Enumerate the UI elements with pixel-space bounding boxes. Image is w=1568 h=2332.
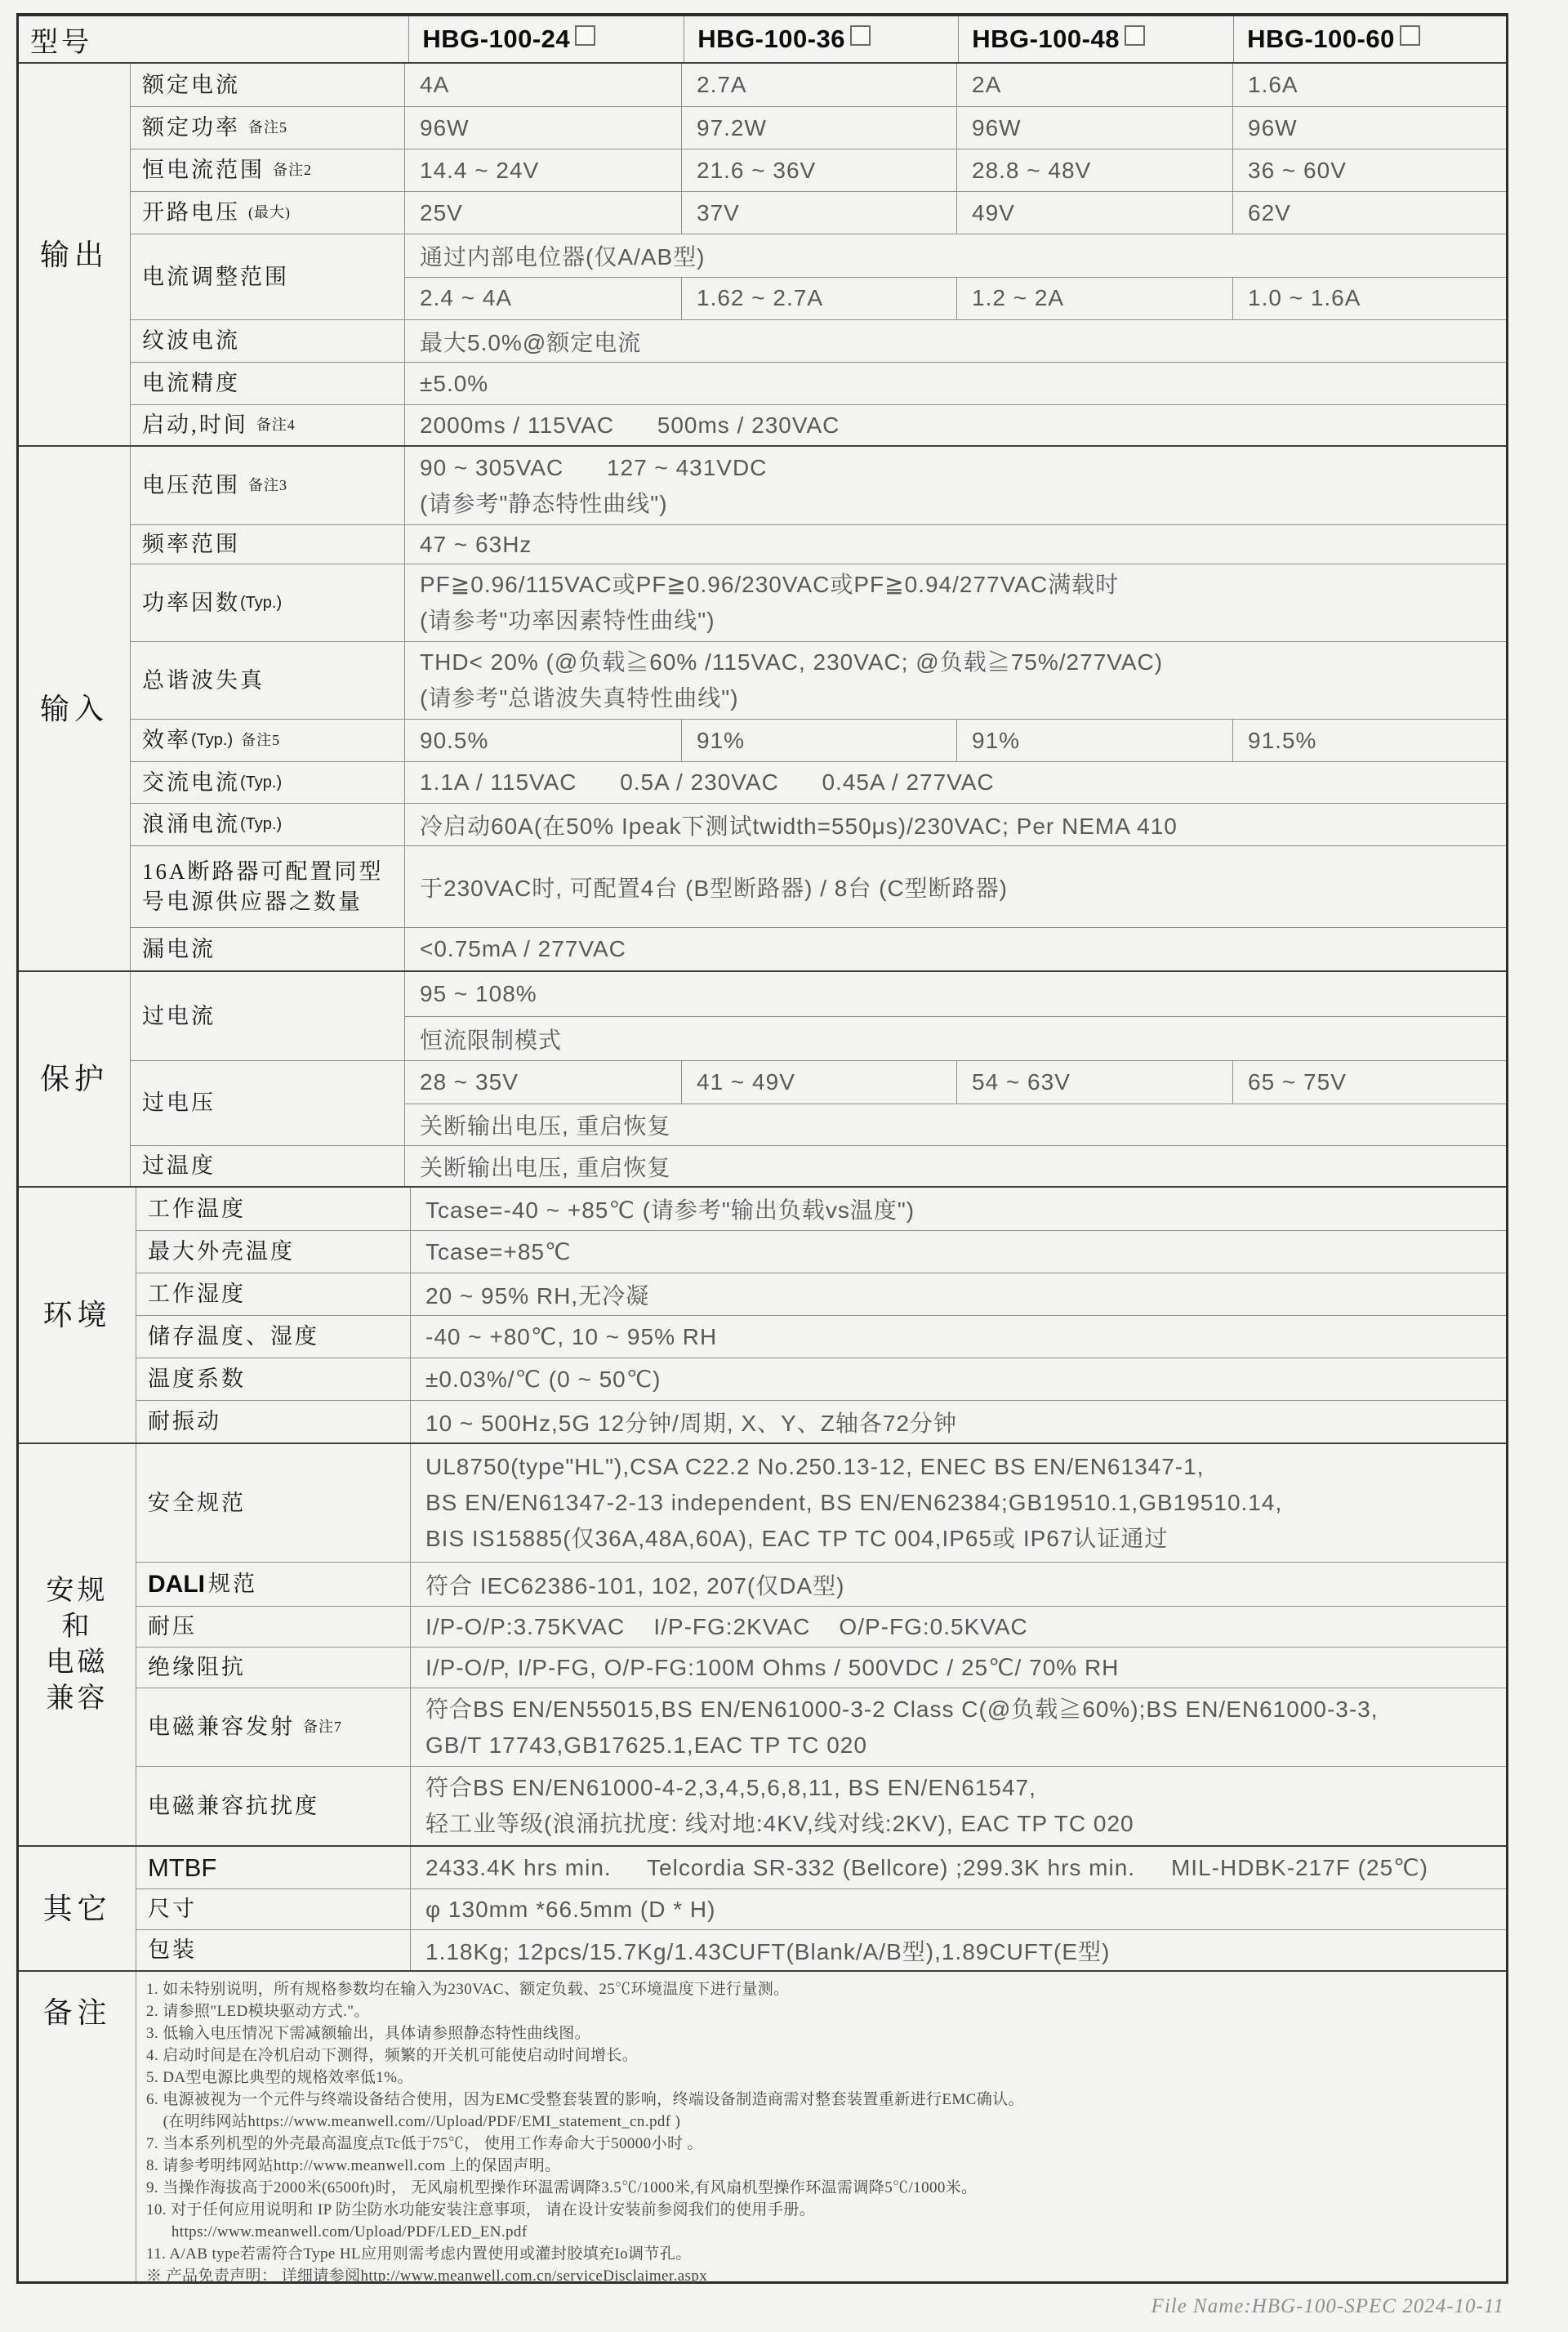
row-label: 恒电流范围备注2	[130, 149, 404, 191]
row-dali-standard: DALI规范 符合 IEC62386-101, 102, 207(仅DA型)	[136, 1562, 1506, 1606]
row-open-circuit-voltage: 开路电压(最大) 25V 37V 49V 62V	[130, 191, 1506, 234]
cell-value: 关断输出电压, 重启恢复	[405, 1146, 1506, 1186]
row-label: DALI规范	[136, 1563, 410, 1606]
cell-value: ±5.0%	[405, 363, 1506, 404]
note-ref: 备注5	[241, 725, 280, 756]
row-label: 安全规范	[136, 1444, 410, 1562]
cell-value: 91%	[681, 720, 956, 761]
cell-value: UL8750(type"HL"),CSA C22.2 No.250.13-12,…	[411, 1444, 1506, 1562]
cell-value: 90 ~ 305VAC 127 ~ 431VDC (请参考"静态特性曲线")	[405, 447, 1506, 524]
note-line: 5. DA型电源比典型的规格效率低1%。	[146, 2067, 1501, 2089]
row-label: 温度系数	[136, 1358, 410, 1400]
note-line: 3. 低输入电压情况下需减额输出，具体请参照静态特性曲线图。	[146, 2022, 1501, 2044]
section-output: 输出 额定电流 4A 2.7A 2A 1.6A 额定功率备注5 96W 97.2…	[19, 62, 1506, 445]
cell-value: I/P-O/P, I/P-FG, O/P-FG:100M Ohms / 500V…	[411, 1648, 1506, 1688]
row-rated-power: 额定功率备注5 96W 97.2W 96W 96W	[130, 106, 1506, 149]
row-power-factor: 功率因数(Typ.) PF≧0.96/115VAC或PF≧0.96/230VAC…	[130, 564, 1506, 641]
row-label: 电流精度	[130, 363, 404, 404]
note-line: (在明纬网站https://www.meanwell.com//Upload/P…	[146, 2111, 1501, 2133]
row-label: 频率范围	[130, 525, 404, 564]
row-label: 漏电流	[130, 928, 404, 970]
cell-value: I/P-O/P:3.75KVAC I/P-FG:2KVAC O/P-FG:0.5…	[411, 1607, 1506, 1647]
note-ref: (最大)	[248, 198, 291, 228]
row-label: 额定电流	[130, 64, 404, 106]
sub-row-values: 2.4 ~ 4A 1.62 ~ 2.7A 1.2 ~ 2A 1.0 ~ 1.6A	[405, 277, 1506, 320]
cell-value: 1.1A / 115VAC 0.5A / 230VAC 0.45A / 277V…	[405, 762, 1506, 803]
row-label: 浪涌电流(Typ.)	[130, 804, 404, 845]
row-constant-current-range: 恒电流范围备注2 14.4 ~ 24V 21.6 ~ 36V 28.8 ~ 48…	[130, 149, 1506, 191]
sub-row-merged: 恒流限制模式	[405, 1016, 1506, 1060]
model-type-checkbox-icon	[1125, 25, 1145, 46]
sub-row-merged: 关断输出电压, 重启恢复	[405, 1104, 1506, 1146]
cell-value: 1.0 ~ 1.6A	[1232, 278, 1506, 320]
row-label: 包装	[136, 1930, 410, 1970]
cell-value: 28 ~ 35V	[405, 1061, 681, 1104]
row-label: 过电流	[130, 972, 404, 1060]
row-rated-current: 额定电流 4A 2.7A 2A 1.6A	[130, 64, 1506, 106]
cell-value: 96W	[1232, 107, 1506, 149]
cell-value: 28.8 ~ 48V	[956, 149, 1232, 191]
row-breaker-quantity: 16A断路器可配置同型号电源供应器之数量 于230VAC时, 可配置4台 (B型…	[130, 845, 1506, 927]
note-line: 7. 当本系列机型的外壳最高温度点Tc低于75℃， 使用工作寿命大于50000小…	[146, 2133, 1501, 2155]
section-label-environment: 环境	[19, 1188, 136, 1442]
note-ref: 备注3	[248, 470, 287, 501]
section-notes: 备注 1. 如未特别说明，所有规格参数均在输入为230VAC、额定负载、25℃环…	[19, 1970, 1506, 2281]
row-safety-standards: 安全规范 UL8750(type"HL"),CSA C22.2 No.250.1…	[136, 1444, 1506, 1562]
cell-value: 37V	[681, 192, 956, 234]
row-label: 开路电压(最大)	[130, 192, 404, 234]
note-line: 10. 对于任何应用说明和 IP 防尘防水功能安装注意事项， 请在设计安装前参阅…	[146, 2199, 1501, 2221]
note-line: 9. 当操作海拔高于2000米(6500ft)时， 无风扇机型操作环温需调降3.…	[146, 2177, 1501, 2199]
row-voltage-range: 电压范围备注3 90 ~ 305VAC 127 ~ 431VDC (请参考"静态…	[130, 447, 1506, 524]
cell-value: 96W	[405, 107, 681, 149]
cell-value: 47 ~ 63Hz	[405, 525, 1506, 564]
row-vibration: 耐振动 10 ~ 500Hz,5G 12分钟/周期, X、Y、Z轴各72分钟	[136, 1400, 1506, 1442]
note-ref: 备注5	[248, 113, 287, 143]
cell-value: 49V	[956, 192, 1232, 234]
row-label: 额定功率备注5	[130, 107, 404, 149]
row-thd: 总谐波失真 THD< 20% (@负载≧60% /115VAC, 230VAC;…	[130, 641, 1506, 719]
note-line: 8. 请参考明纬网站http://www.meanwell.com 上的保固声明…	[146, 2155, 1501, 2177]
row-leakage-current: 漏电流 <0.75mA / 277VAC	[130, 927, 1506, 970]
sub-row-values: 28 ~ 35V 41 ~ 49V 54 ~ 63V 65 ~ 75V	[405, 1061, 1506, 1104]
cell-value: 14.4 ~ 24V	[405, 149, 681, 191]
model-name-text: HBG-100-60	[1247, 25, 1395, 54]
section-input: 输入 电压范围备注3 90 ~ 305VAC 127 ~ 431VDC (请参考…	[19, 445, 1506, 970]
cell-value: 62V	[1232, 192, 1506, 234]
row-packing: 包装 1.18Kg; 12pcs/15.7Kg/1.43CUFT(Blank/A…	[136, 1929, 1506, 1970]
note-line: 2. 请参照"LED模块驱动方式."。	[146, 2000, 1501, 2022]
row-label: 效率(Typ.)备注5	[130, 720, 404, 761]
model-header-label: 型号	[19, 16, 408, 62]
cell-value: 90.5%	[405, 720, 681, 761]
row-label: 最大外壳温度	[136, 1231, 410, 1273]
row-label: 总谐波失真	[130, 642, 404, 719]
row-label: MTBF	[136, 1847, 410, 1888]
row-temp-coefficient: 温度系数 ±0.03%/℃ (0 ~ 50℃)	[136, 1358, 1506, 1400]
cell-value: 冷启动60A(在50% Ipeak下测试twidth=550μs)/230VAC…	[405, 804, 1506, 845]
cell-value: 1.62 ~ 2.7A	[681, 278, 956, 320]
notes-list: 1. 如未特别说明，所有规格参数均在输入为230VAC、额定负载、25℃环境温度…	[136, 1972, 1506, 2281]
row-label: 耐振动	[136, 1401, 410, 1442]
row-label: 绝缘阻抗	[136, 1648, 410, 1688]
cell-value: 1.2 ~ 2A	[956, 278, 1232, 320]
row-current-accuracy: 电流精度 ±5.0%	[130, 362, 1506, 404]
section-environment: 环境 工作温度 Tcase=-40 ~ +85℃ (请参考"输出负载vs温度")…	[19, 1186, 1506, 1442]
row-label: 纹波电流	[130, 320, 404, 362]
spec-sheet-page: 型号 HBG-100-24 HBG-100-36 HBG-100-48 HBG-…	[0, 0, 1568, 2332]
row-over-current: 过电流 95 ~ 108% 恒流限制模式	[130, 972, 1506, 1060]
cell-value: 2A	[956, 64, 1232, 106]
row-label: 工作湿度	[136, 1273, 410, 1315]
cell-value: 41 ~ 49V	[681, 1061, 956, 1104]
cell-value: 2.7A	[681, 64, 956, 106]
cell-value: PF≧0.96/115VAC或PF≧0.96/230VAC或PF≧0.94/27…	[405, 564, 1506, 641]
section-label-others: 其它	[19, 1847, 136, 1970]
cell-value: 最大5.0%@额定电流	[405, 320, 1506, 362]
cell-value: 10 ~ 500Hz,5G 12分钟/周期, X、Y、Z轴各72分钟	[411, 1401, 1506, 1442]
row-frequency-range: 频率范围 47 ~ 63Hz	[130, 524, 1506, 564]
row-label: 电磁兼容发射备注7	[136, 1688, 410, 1766]
section-label-notes: 备注	[19, 1972, 136, 2281]
cell-value: 20 ~ 95% RH,无冷凝	[411, 1273, 1506, 1315]
row-over-voltage: 过电压 28 ~ 35V 41 ~ 49V 54 ~ 63V 65 ~ 75V …	[130, 1060, 1506, 1145]
cell-value: <0.75mA / 277VAC	[405, 928, 1506, 970]
note-ref: 备注2	[273, 155, 312, 185]
cell-value: 54 ~ 63V	[956, 1061, 1232, 1104]
cell-value: 36 ~ 60V	[1232, 149, 1506, 191]
row-isolation-resistance: 绝缘阻抗 I/P-O/P, I/P-FG, O/P-FG:100M Ohms /…	[136, 1647, 1506, 1688]
cell-value: 2.4 ~ 4A	[405, 278, 681, 320]
cell-value: 65 ~ 75V	[1232, 1061, 1506, 1104]
section-label-protection: 保护	[19, 972, 130, 1186]
section-label-safety-emc: 安规 和 电磁 兼容	[19, 1444, 136, 1845]
row-current-adjustment-range: 电流调整范围 通过内部电位器(仅A/AB型) 2.4 ~ 4A 1.62 ~ 2…	[130, 234, 1506, 319]
section-label-input: 输入	[19, 447, 130, 970]
row-label: 16A断路器可配置同型号电源供应器之数量	[130, 846, 404, 927]
section-label-output: 输出	[19, 64, 130, 445]
row-withstand-voltage: 耐压 I/P-O/P:3.75KVAC I/P-FG:2KVAC O/P-FG:…	[136, 1606, 1506, 1647]
cell-value: 2433.4K hrs min. Telcordia SR-332 (Bellc…	[411, 1847, 1506, 1888]
note-line: 11. A/AB type若需符合Type HL应用则需考虑内置使用或灌封胶填充…	[146, 2243, 1501, 2265]
model-name-hbg-100-48: HBG-100-48	[958, 16, 1233, 62]
cell-value: 符合BS EN/EN55015,BS EN/EN61000-3-2 Class …	[411, 1688, 1506, 1766]
row-label: 尺寸	[136, 1889, 410, 1929]
row-setup-time: 启动,时间备注4 2000ms / 115VAC 500ms / 230VAC	[130, 404, 1506, 445]
cell-value: Tcase=-40 ~ +85℃ (请参考"输出负载vs温度")	[411, 1188, 1506, 1230]
row-efficiency: 效率(Typ.)备注5 90.5% 91% 91% 91.5%	[130, 719, 1506, 761]
cell-value: THD< 20% (@负载≧60% /115VAC, 230VAC; @负载≧7…	[405, 642, 1506, 719]
model-type-checkbox-icon	[575, 25, 595, 46]
row-ripple-current: 纹波电流 最大5.0%@额定电流	[130, 319, 1506, 362]
cell-value: Tcase=+85℃	[411, 1231, 1506, 1273]
model-name-text: HBG-100-48	[972, 25, 1120, 54]
cell-value: 91%	[956, 720, 1232, 761]
cell-value: 91.5%	[1232, 720, 1506, 761]
section-protection: 保护 过电流 95 ~ 108% 恒流限制模式 过电压	[19, 970, 1506, 1186]
row-working-humidity: 工作湿度 20 ~ 95% RH,无冷凝	[136, 1273, 1506, 1315]
sub-row-merged: 通过内部电位器(仅A/AB型)	[405, 234, 1506, 277]
note-ref: 备注4	[256, 410, 296, 440]
model-name-text: HBG-100-24	[422, 25, 570, 54]
note-ref: 备注7	[303, 1712, 342, 1742]
row-ac-current: 交流电流(Typ.) 1.1A / 115VAC 0.5A / 230VAC 0…	[130, 761, 1506, 803]
row-over-temperature: 过温度 关断输出电压, 重启恢复	[130, 1145, 1506, 1186]
row-label: 电压范围备注3	[130, 447, 404, 524]
section-others: 其它 MTBF 2433.4K hrs min. Telcordia SR-33…	[19, 1845, 1506, 1970]
cell-value: 25V	[405, 192, 681, 234]
row-label: 过电压	[130, 1061, 404, 1145]
row-label: 电流调整范围	[130, 234, 404, 319]
cell-value: 4A	[405, 64, 681, 106]
cell-value: -40 ~ +80℃, 10 ~ 95% RH	[411, 1316, 1506, 1358]
model-type-checkbox-icon	[850, 25, 871, 46]
row-emc-immunity: 电磁兼容抗扰度 符合BS EN/EN61000-4-2,3,4,5,6,8,11…	[136, 1766, 1506, 1845]
row-label: 工作温度	[136, 1188, 410, 1230]
row-label: 电磁兼容抗扰度	[136, 1767, 410, 1845]
note-line: 4. 启动时间是在冷机启动下测得，频繁的开关机可能使启动时间增长。	[146, 2044, 1501, 2067]
cell-value: 96W	[956, 107, 1232, 149]
row-storage-temp-humidity: 储存温度、湿度 -40 ~ +80℃, 10 ~ 95% RH	[136, 1315, 1506, 1358]
row-label: 功率因数(Typ.)	[130, 564, 404, 641]
sub-row-merged: 95 ~ 108%	[405, 972, 1506, 1016]
row-label: 启动,时间备注4	[130, 405, 404, 445]
cell-value: 于230VAC时, 可配置4台 (B型断路器) / 8台 (C型断路器)	[405, 846, 1506, 927]
note-line: https://www.meanwell.com/Upload/PDF/LED_…	[146, 2221, 1501, 2243]
footer-file-name: File Name:HBG-100-SPEC 2024-10-11	[1151, 2295, 1504, 2318]
cell-value: 2000ms / 115VAC 500ms / 230VAC	[405, 405, 1506, 445]
model-header-row: 型号 HBG-100-24 HBG-100-36 HBG-100-48 HBG-…	[19, 16, 1506, 62]
row-label: 储存温度、湿度	[136, 1316, 410, 1358]
cell-value: 符合BS EN/EN61000-4-2,3,4,5,6,8,11, BS EN/…	[411, 1767, 1506, 1845]
note-line: 1. 如未特别说明，所有规格参数均在输入为230VAC、额定负载、25℃环境温度…	[146, 1978, 1501, 2000]
row-inrush-current: 浪涌电流(Typ.) 冷启动60A(在50% Ipeak下测试twidth=55…	[130, 803, 1506, 845]
model-name-hbg-100-36: HBG-100-36	[684, 16, 958, 62]
cell-value: 1.18Kg; 12pcs/15.7Kg/1.43CUFT(Blank/A/B型…	[411, 1930, 1506, 1970]
cell-value: ±0.03%/℃ (0 ~ 50℃)	[411, 1358, 1506, 1400]
model-type-checkbox-icon	[1400, 25, 1420, 46]
note-line: ※ 产品免责声明： 详细请参阅http://www.meanwell.com.c…	[146, 2265, 1501, 2287]
cell-value: φ 130mm *66.5mm (D * H)	[411, 1889, 1506, 1929]
cell-value: 符合 IEC62386-101, 102, 207(仅DA型)	[411, 1563, 1506, 1606]
model-name-hbg-100-60: HBG-100-60	[1233, 16, 1506, 62]
row-max-case-temperature: 最大外壳温度 Tcase=+85℃	[136, 1230, 1506, 1273]
row-label: 耐压	[136, 1607, 410, 1647]
cell-value: 97.2W	[681, 107, 956, 149]
row-label: 交流电流(Typ.)	[130, 762, 404, 803]
cell-value: 21.6 ~ 36V	[681, 149, 956, 191]
row-label: 过温度	[130, 1146, 404, 1186]
note-line: 6. 电源被视为一个元件与终端设备结合使用，因为EMC受整套装置的影响，终端设备…	[146, 2089, 1501, 2111]
model-name-text: HBG-100-36	[697, 25, 845, 54]
model-name-hbg-100-24: HBG-100-24	[408, 16, 684, 62]
spec-table: 型号 HBG-100-24 HBG-100-36 HBG-100-48 HBG-…	[16, 13, 1508, 2284]
section-safety-emc: 安规 和 电磁 兼容 安全规范 UL8750(type"HL"),CSA C22…	[19, 1442, 1506, 1845]
row-dimension: 尺寸 φ 130mm *66.5mm (D * H)	[136, 1888, 1506, 1929]
row-working-temperature: 工作温度 Tcase=-40 ~ +85℃ (请参考"输出负载vs温度")	[136, 1188, 1506, 1230]
row-emc-emission: 电磁兼容发射备注7 符合BS EN/EN55015,BS EN/EN61000-…	[136, 1688, 1506, 1766]
cell-value: 1.6A	[1232, 64, 1506, 106]
row-mtbf: MTBF 2433.4K hrs min. Telcordia SR-332 (…	[136, 1847, 1506, 1888]
